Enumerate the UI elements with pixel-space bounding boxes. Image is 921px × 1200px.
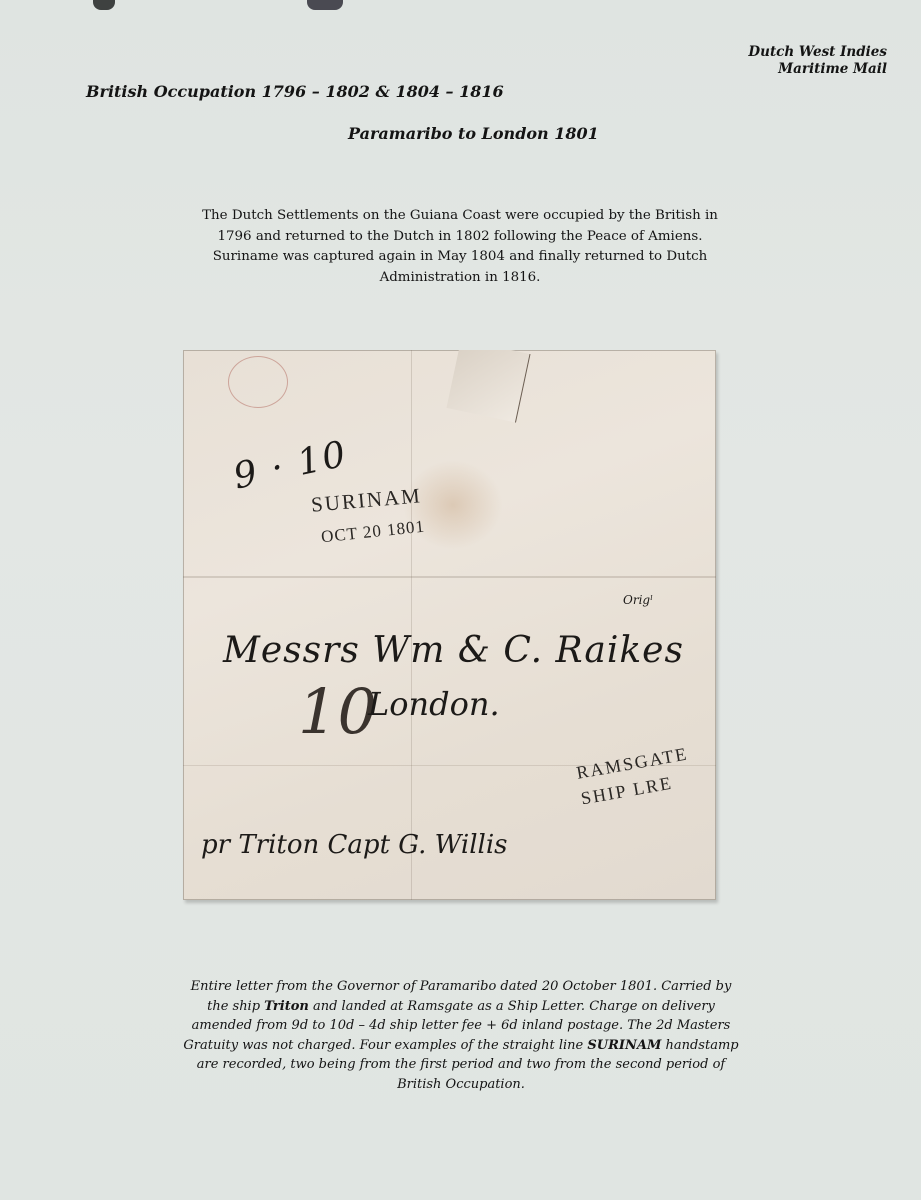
ramsgate-ship-letter-stamp: RAMSGATE SHIP LRE <box>574 741 694 812</box>
handstamp-name: SURINAM <box>587 1038 661 1053</box>
seal-tear <box>446 350 530 423</box>
section-title: British Occupation 1796 – 1802 & 1804 – … <box>86 82 504 101</box>
series-line-2: Maritime Mail <box>748 61 887 78</box>
entire-letter-cover: 9 · 10 SURINAM OCT 20 1801 Origˡ Messrs … <box>183 350 716 900</box>
ship-endorsement: pr Triton Capt G. Willis <box>201 830 508 860</box>
address-line-1: Messrs Wm & C. Raikes <box>223 630 684 671</box>
manuscript-charge: 9 · 10 <box>230 433 351 497</box>
fold-line <box>183 576 716 578</box>
intro-line: The Dutch Settlements on the Guiana Coas… <box>190 206 730 227</box>
mounting-blot-left <box>93 0 115 10</box>
mounting-blot-right <box>307 0 343 10</box>
amended-charge: 10 <box>298 675 377 748</box>
intro-line: 1796 and returned to the Dutch in 1802 f… <box>190 227 730 248</box>
series-line-1: Dutch West Indies <box>748 44 887 61</box>
page-title: Paramaribo to London 1801 <box>348 124 599 143</box>
intro-line: Administration in 1816. <box>190 268 730 289</box>
intro-paragraph: The Dutch Settlements on the Guiana Coas… <box>190 206 730 288</box>
cover-description: Entire letter from the Governor of Param… <box>178 977 744 1094</box>
intro-line: Suriname was captured again in May 1804 … <box>190 247 730 268</box>
ship-name: Triton <box>264 999 309 1014</box>
faint-red-postmark <box>228 356 288 408</box>
original-annotation: Origˡ <box>623 593 653 607</box>
fold-line <box>411 350 412 900</box>
address-line-2: London. <box>368 685 500 723</box>
exhibit-series-header: Dutch West Indies Maritime Mail <box>748 44 887 78</box>
